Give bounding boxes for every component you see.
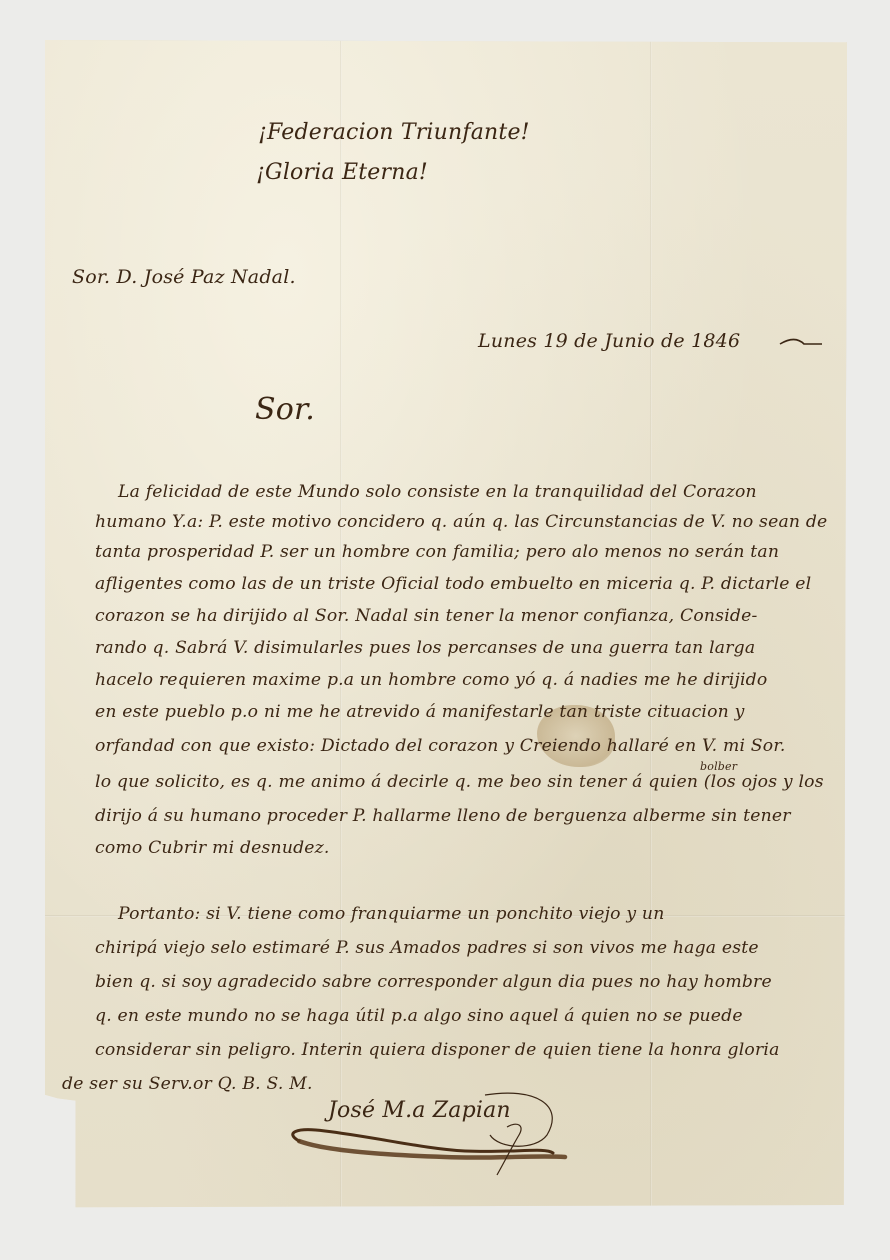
body-line: como Cubrir mi desnudez. bbox=[95, 838, 330, 858]
body-line: lo que solicito, es q. me animo á decirl… bbox=[95, 772, 824, 792]
heading-line-2: ¡Gloria Eterna! bbox=[256, 160, 428, 185]
dateline: Lunes 19 de Junio de 1846 bbox=[478, 330, 740, 352]
salutation: Sor. bbox=[255, 392, 315, 427]
signature-rubric-icon bbox=[285, 1085, 585, 1195]
body-line: Portanto: si V. tiene como franquiarme u… bbox=[118, 904, 664, 924]
body-line: dirijo á su humano proceder P. hallarme … bbox=[95, 806, 791, 826]
body-line: en este pueblo p.o ni me he atrevido á m… bbox=[95, 702, 745, 722]
body-line: corazon se ha dirijido al Sor. Nadal sin… bbox=[95, 606, 757, 626]
body-line: bien q. si soy agradecido sabre correspo… bbox=[95, 972, 772, 992]
body-line: chiripá viejo selo estimaré P. sus Amado… bbox=[95, 938, 759, 958]
heading-line-1: ¡Federacion Triunfante! bbox=[258, 120, 530, 145]
body-line: considerar sin peligro. Interin quiera d… bbox=[95, 1040, 780, 1060]
vertical-fold-line bbox=[650, 40, 652, 1212]
body-line: de ser su Serv.or Q. B. S. M. bbox=[62, 1074, 313, 1094]
dateline-flourish bbox=[778, 336, 824, 348]
body-line: q. en este mundo no se haga útil p.a alg… bbox=[95, 1006, 743, 1026]
body-line: orfandad con que existo: Dictado del cor… bbox=[95, 736, 786, 756]
body-line: afligentes como las de un triste Oficial… bbox=[95, 574, 811, 594]
body-line: hacelo requieren maxime p.a un hombre co… bbox=[95, 670, 767, 690]
addressee: Sor. D. José Paz Nadal. bbox=[72, 266, 296, 288]
body-line: humano Y.a: P. este motivo concidero q. … bbox=[95, 512, 827, 532]
letter-paper bbox=[45, 40, 847, 1212]
body-line: tanta prosperidad P. ser un hombre con f… bbox=[95, 542, 779, 562]
body-line: rando q. Sabrá V. disimularles pues los … bbox=[95, 638, 755, 658]
body-line: La felicidad de este Mundo solo consiste… bbox=[118, 482, 757, 502]
vertical-fold-line bbox=[340, 40, 342, 1212]
